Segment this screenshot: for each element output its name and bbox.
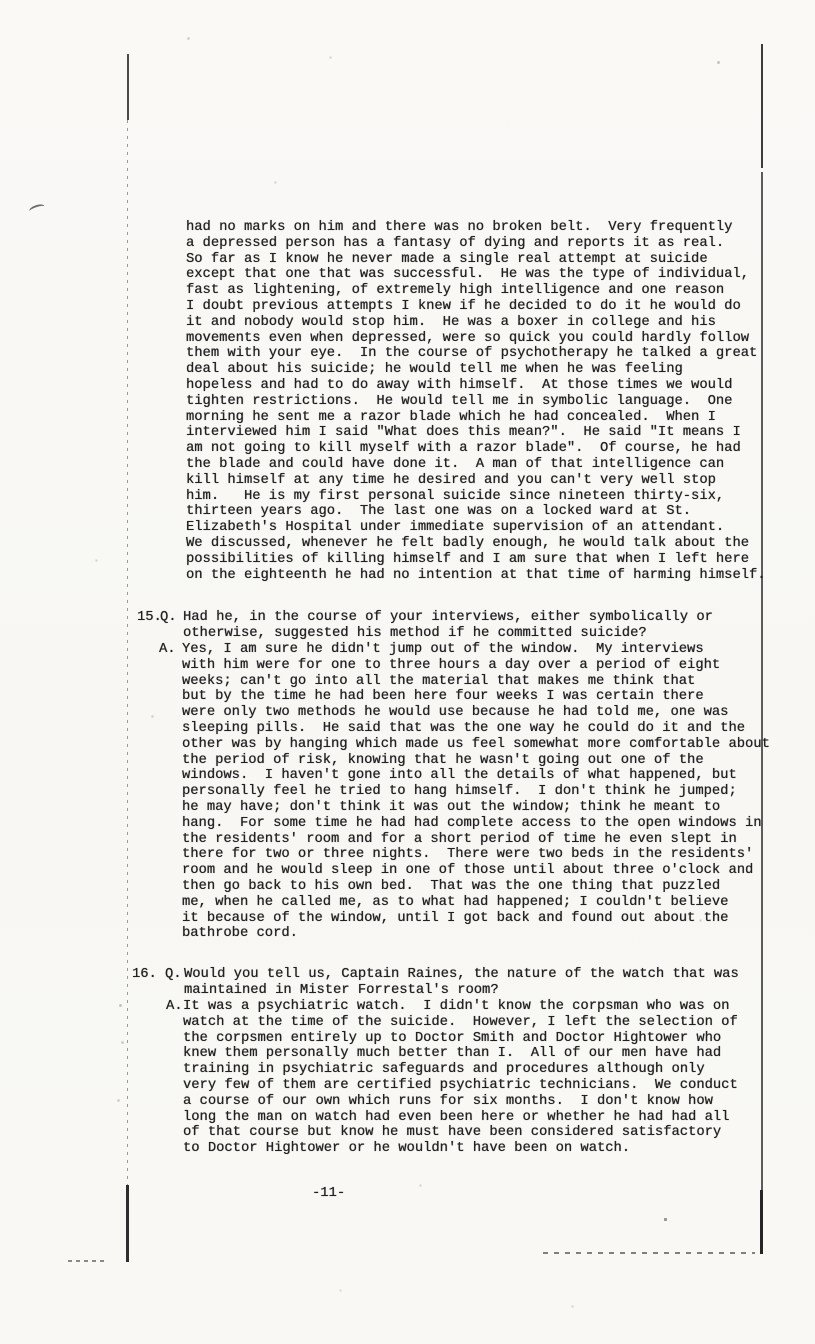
continuation-paragraph: had no marks on him and there was no bro… xyxy=(186,220,766,583)
scanned-document-page: had no marks on him and there was no bro… xyxy=(0,0,815,1344)
scan-edge-line-left-middle xyxy=(127,120,128,1185)
qa-item-16-number: 16. xyxy=(132,967,157,983)
scan-dashed-line-bottom-left xyxy=(68,1260,104,1262)
qa-item-16-answer-label: A. xyxy=(166,999,183,1015)
qa-item-15-number: 15. xyxy=(137,610,162,626)
scan-edge-line-right-top xyxy=(761,44,763,168)
scan-speckles xyxy=(0,0,1,1)
qa-item-15-question-label: Q. xyxy=(160,610,177,626)
qa-item-15-question-text: Had he, in the course of your interviews… xyxy=(183,610,713,642)
qa-item-16-question-label: Q. xyxy=(165,967,182,983)
qa-item-16-answer-text: It was a psychiatric watch. I didn't kno… xyxy=(183,999,738,1157)
qa-item-16-question-text: Would you tell us, Captain Raines, the n… xyxy=(184,967,739,999)
page-number: -11- xyxy=(312,1186,345,1202)
qa-item-15-answer-text: Yes, I am sure he didn't jump out of the… xyxy=(182,642,770,942)
scan-edge-line-left-bottom xyxy=(126,1185,129,1262)
qa-item-15-answer-label: A. xyxy=(159,642,176,658)
scan-edge-line-right-bottom xyxy=(760,1190,763,1254)
margin-pen-mark xyxy=(28,203,46,216)
scan-edge-line-left-top xyxy=(127,54,129,120)
scan-dashed-line-bottom-right xyxy=(543,1252,755,1254)
